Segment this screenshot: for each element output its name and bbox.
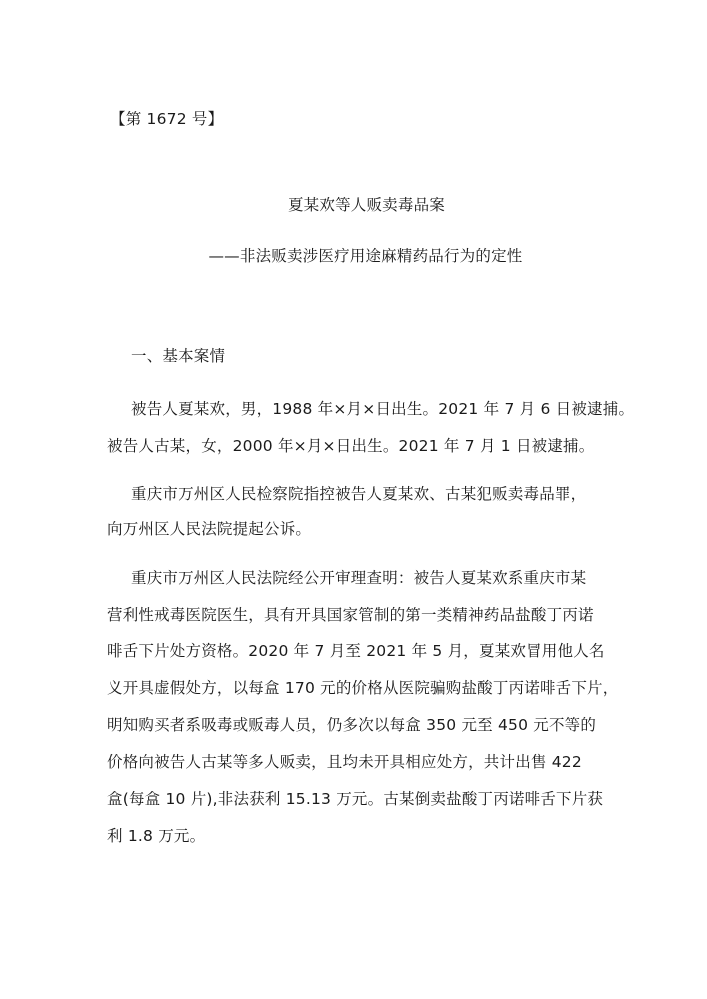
paragraph-1-line-2: 被告人古某，女，2000 年×月×日出生。2021 年 7 月 1 日被逮捕。: [107, 436, 594, 456]
paragraph-2-line-1: 重庆市万州区人民检察院指控被告人夏某欢、古某犯贩卖毒品罪，: [131, 484, 586, 504]
paragraph-3-line-5: 明知购买者系吸毒或贩毒人员，仍多次以每盒 350 元至 450 元不等的: [107, 715, 596, 735]
paragraph-3-line-6: 价格向被告人古某等多人贩卖，且均未开具相应处方，共计出售 422: [107, 752, 582, 772]
section-heading-basic-facts: 一、基本案情: [131, 346, 225, 366]
paragraph-3-line-2: 营利性戒毒医院医生，具有开具国家管制的第一类精神药品盐酸丁丙诺: [107, 605, 594, 625]
paragraph-3-line-1: 重庆市万州区人民法院经公开审理查明：被告人夏某欢系重庆市某: [131, 568, 586, 588]
case-subtitle: ——非法贩卖涉医疗用途麻精药品行为的定性: [0, 246, 707, 266]
paragraph-2-line-2: 向万州区人民法院提起公诉。: [107, 519, 311, 539]
case-number: 【第 1672 号】: [110, 109, 223, 129]
document-page: 【第 1672 号】 夏某欢等人贩卖毒品案 ——非法贩卖涉医疗用途麻精药品行为的…: [0, 0, 707, 999]
paragraph-1-line-1: 被告人夏某欢，男，1988 年×月×日出生。2021 年 7 月 6 日被逮捕。: [131, 399, 634, 419]
case-title: 夏某欢等人贩卖毒品案: [0, 195, 707, 215]
paragraph-3-line-8: 利 1.8 万元。: [107, 826, 205, 846]
paragraph-3-line-3: 啡舌下片处方资格。2020 年 7 月至 2021 年 5 月，夏某欢冒用他人名: [107, 641, 605, 661]
paragraph-3-line-7: 盒(每盒 10 片),非法获利 15.13 万元。古某倒卖盐酸丁丙诺啡舌下片获: [107, 789, 603, 809]
paragraph-3-line-4: 义开具虚假处方，以每盒 170 元的价格从医院骗购盐酸丁丙诺啡舌下片，: [107, 678, 618, 698]
